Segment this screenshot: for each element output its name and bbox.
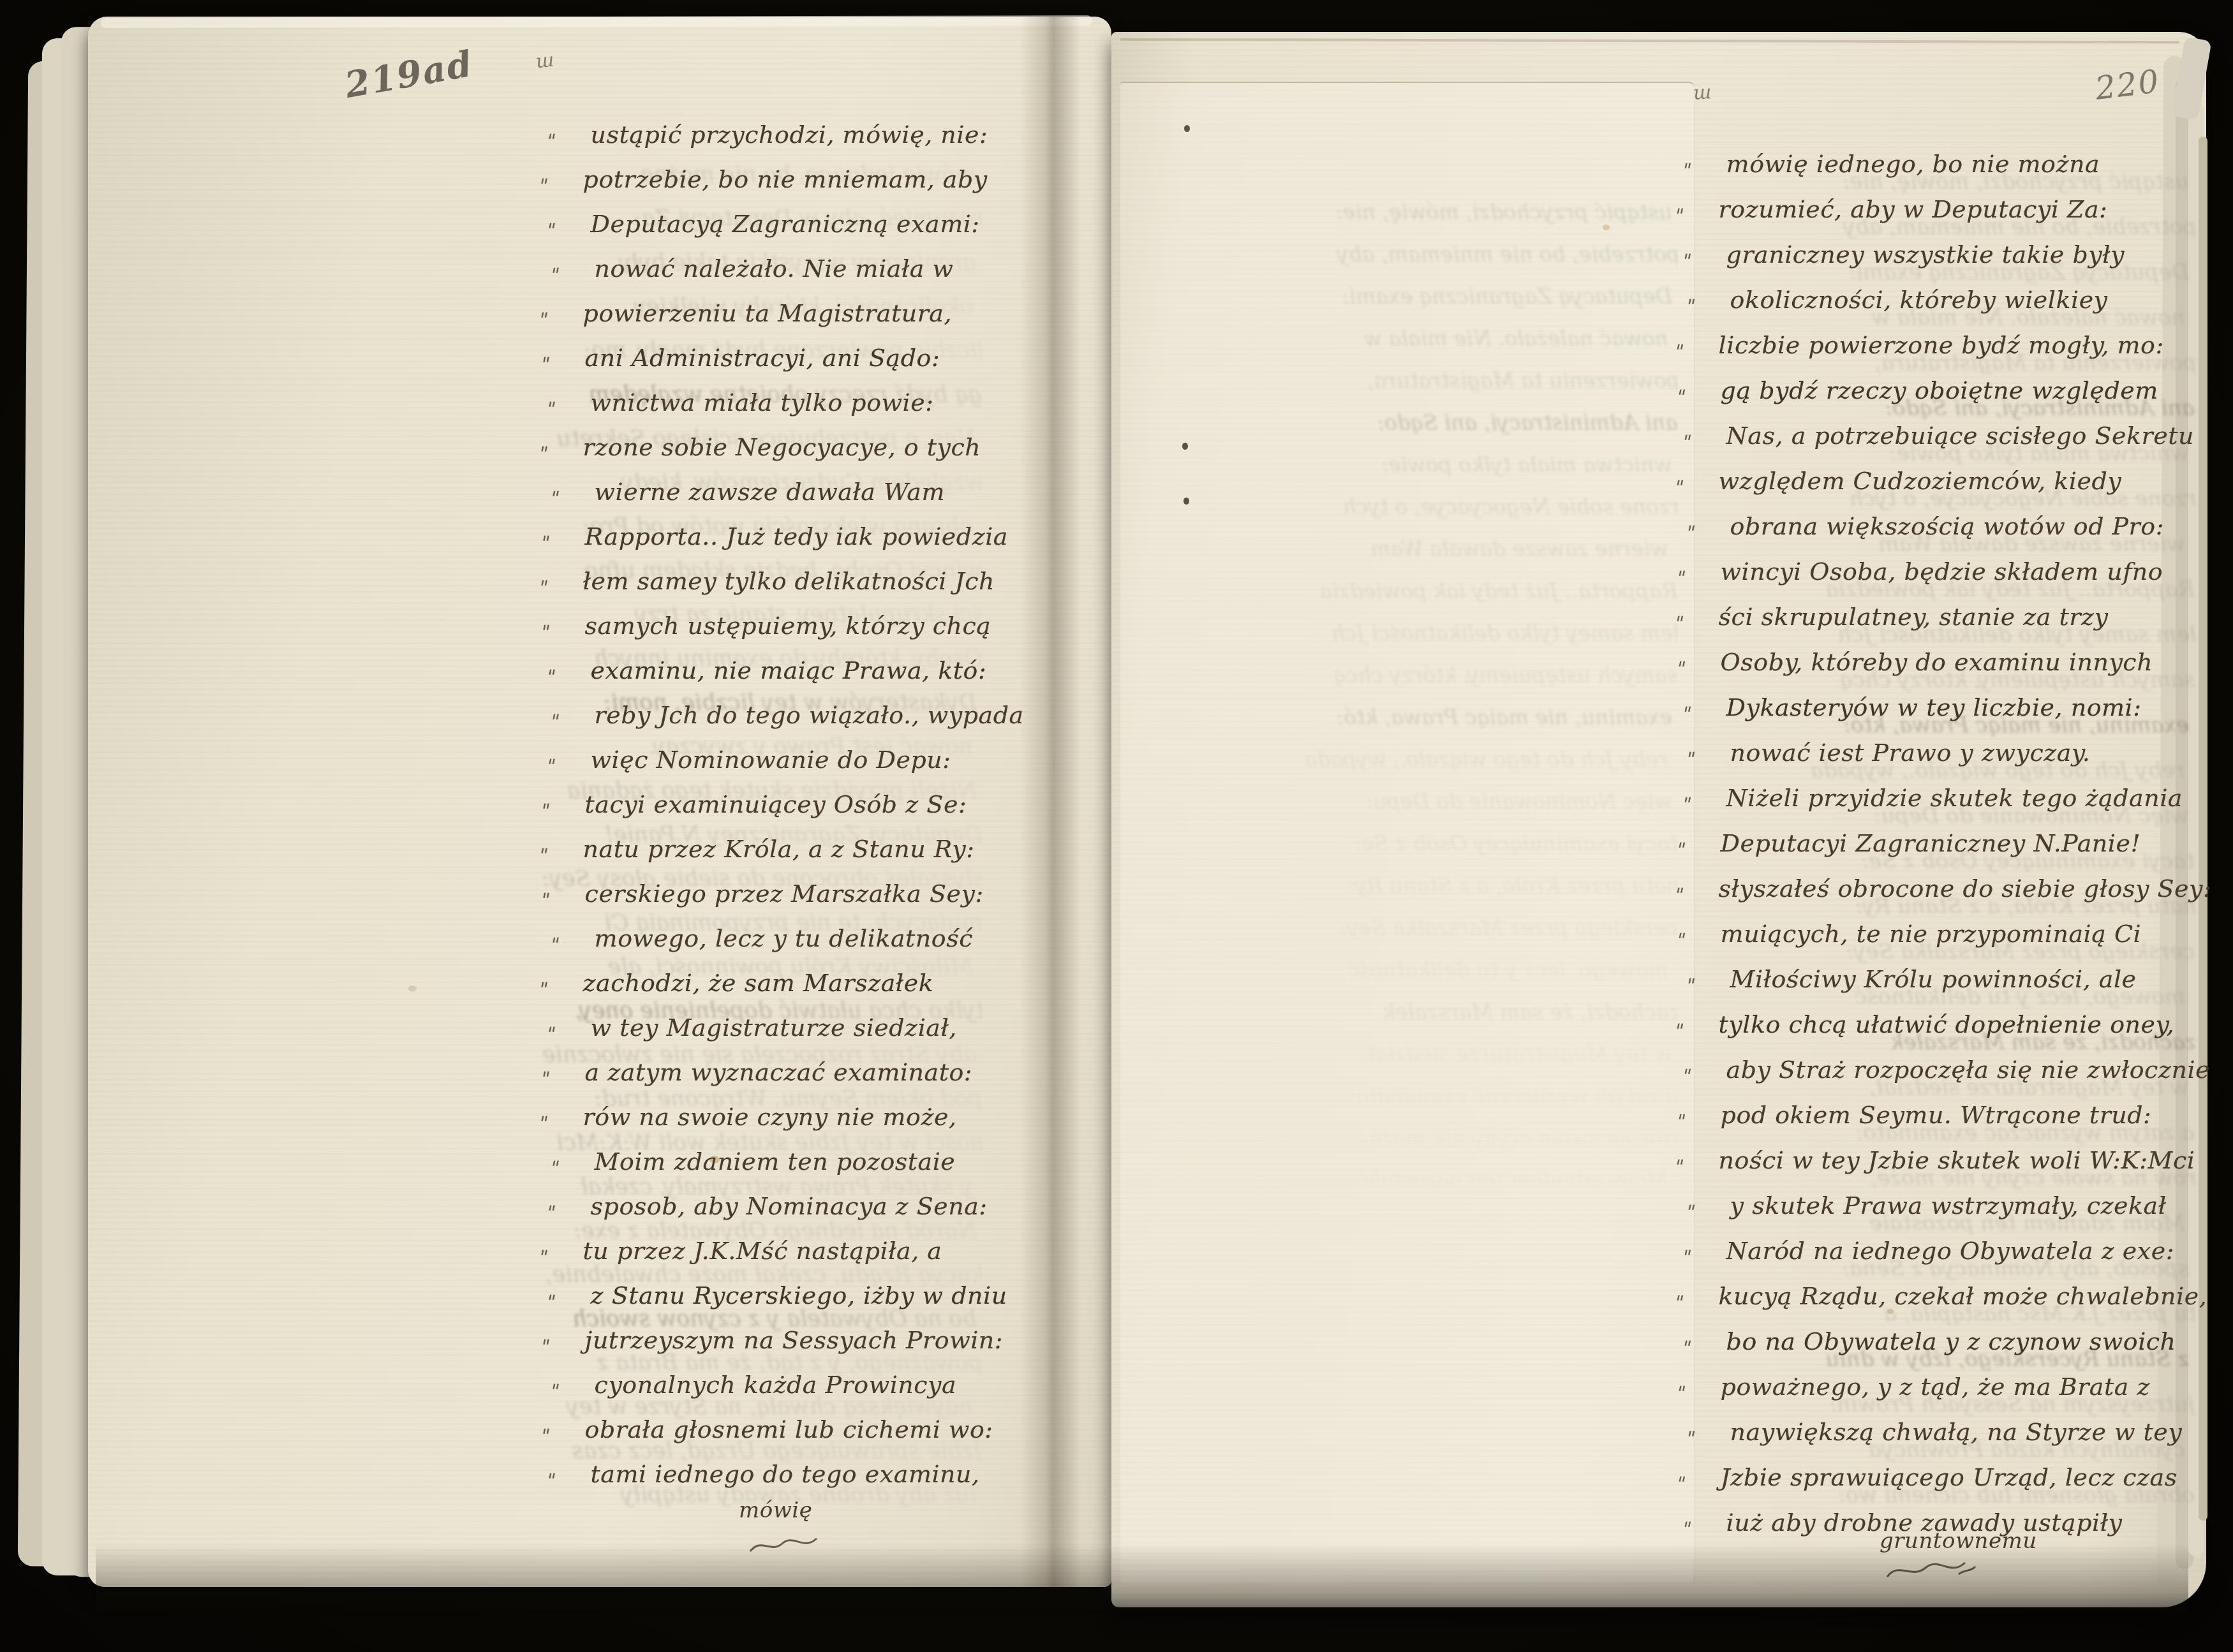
sewing-thread-dot: [1183, 498, 1189, 505]
manuscript-line: " obrana większością wotów od Pro:: [1686, 504, 2211, 549]
header-mark-right: ш: [1693, 81, 1712, 105]
line-text: reby Jch do tego wiązało., wypada: [595, 701, 1024, 729]
foxing-spot: [408, 985, 417, 992]
manuscript-line: " wnictwa miała tylko powie:: [547, 380, 1024, 425]
manuscript-line: " liczbie powierzone bydź mogły, mo:: [1675, 323, 2211, 368]
line-text: wierne zawsze dawała Wam: [595, 478, 945, 506]
manuscript-line: " pod okiem Seymu. Wtrącone trud:: [1677, 1093, 2211, 1138]
sewing-thread-dot: [1184, 125, 1190, 132]
manuscript-line: " natu przez Króla, a z Stanu Ry:: [539, 827, 1024, 871]
line-text: tu przez J.K.Mść nastąpiła, a: [583, 1237, 942, 1265]
line-text: nować należało. Nie miała w: [595, 254, 954, 283]
manuscript-line: " rzone sobie Negocyacye, o tych: [539, 425, 1024, 469]
line-text: gą bydź rzeczy oboiętne względem: [1721, 376, 2158, 404]
line-text: rów na swoie czyny nie może,: [583, 1103, 957, 1131]
manuscript-line: " Moim zdaniem ten pozostaie: [551, 1139, 1024, 1184]
line-text: tylko chcą ułatwić dopełnienie oney,: [1719, 1010, 2174, 1038]
sewing-thread-dot: [1182, 443, 1188, 450]
manuscript-line: " kucyą Rządu, czekał może chwalebnie,: [1675, 1274, 2211, 1319]
manuscript-line: " słyszałeś obrocone do siebie głosy Sey…: [1675, 866, 2211, 911]
line-text: wnictwa miała tylko powie:: [591, 388, 934, 417]
manuscript-line: " tylko chcą ułatwić dopełnienie oney,: [1675, 1002, 2211, 1047]
manuscript-line: " Jzbie sprawuiącego Urząd, lecz czas: [1677, 1455, 2211, 1500]
manuscript-line: " Deputacyi Zagraniczney N.Panie!: [1677, 821, 2211, 866]
manuscript-line: " wierne zawsze dawała Wam: [551, 469, 1024, 514]
line-text: tami iednego do tego examinu,: [591, 1460, 980, 1488]
line-text: Osoby, któreby do examinu innych: [1721, 648, 2153, 676]
manuscript-line: " rów na swoie czyny nie może,: [539, 1095, 1024, 1139]
line-text: Niżeli przyidzie skutek tego żądania: [1726, 784, 2183, 812]
manuscript-line: " cyonalnych każda Prowincya: [551, 1362, 1024, 1407]
manuscript-line: " Niżeli przyidzie skutek tego żądania: [1682, 776, 2211, 821]
line-text: obrana większością wotów od Pro:: [1730, 512, 2164, 540]
line-text: Dykasteryów w tey liczbie, nomi:: [1726, 693, 2142, 721]
manuscript-line: " z Stanu Rycerskiego, iżby w dniu: [547, 1273, 1024, 1318]
manuscript-line: " względem Cudzoziemców, kiedy: [1675, 459, 2211, 504]
line-text: Deputacyą Zagraniczną exami:: [591, 210, 980, 238]
line-text: examinu, nie maiąc Prawa, któ:: [591, 656, 987, 684]
manuscript-line: " cerskiego przez Marszałka Sey:: [541, 871, 1024, 916]
catchword-left: mówię: [739, 1498, 812, 1523]
manuscript-line: " naywiększą chwałą, na Styrze w tey: [1686, 1410, 2211, 1455]
manuscript-line: " nować należało. Nie miała w: [551, 246, 1024, 291]
manuscript-line: " a zatym wyznaczać examinato:: [541, 1050, 1024, 1095]
line-text: Moim zdaniem ten pozostaie: [595, 1147, 956, 1176]
line-text: Deputacyi Zagraniczney N.Panie!: [1721, 829, 2141, 857]
line-text: Naród na iednego Obywatela z exe:: [1726, 1237, 2174, 1265]
manuscript-line: " więc Nominowanie do Depu:: [547, 737, 1024, 782]
quote-mark: ": [542, 1458, 588, 1503]
gutter-crease: [1020, 17, 1081, 1587]
photo-shadow: [96, 1544, 2188, 1614]
manuscript-line: " okoliczności, któreby wielkiey: [1686, 277, 2211, 323]
line-text: Rapporta.. Już tedy iak powiedzia: [585, 522, 1008, 550]
line-text: względem Cudzoziemców, kiedy: [1719, 467, 2122, 495]
line-text: ści skrupulatney, stanie za trzy: [1719, 603, 2109, 631]
manuscript-line: " jutrzeyszym na Sessyach Prowin:: [541, 1318, 1024, 1362]
manuscript-line: " Miłościwy Królu powinności, ale: [1686, 957, 2211, 1002]
manuscript-line: " tami iednego do tego examinu,: [547, 1452, 1024, 1496]
line-text: y skutek Prawa wstrzymały, czekał: [1730, 1191, 2167, 1220]
line-text: natu przez Króla, a z Stanu Ry:: [583, 835, 975, 863]
line-text: słyszałeś obrocone do siebie głosy Sey:: [1719, 874, 2212, 903]
manuscript-line: " ani Administracyi, ani Sądo:: [541, 336, 1024, 380]
manuscript-line: " reby Jch do tego wiązało., wypada: [551, 693, 1024, 737]
line-text: potrzebie, bo nie mniemam, aby: [583, 165, 988, 193]
line-text: mowego, lecz y tu delikatność: [595, 924, 973, 952]
inserted-blank-sheet: [1120, 82, 1695, 1583]
line-text: muiących, te nie przypominaią Ci: [1721, 920, 2142, 948]
line-text: Jzbie sprawuiącego Urząd, lecz czas: [1721, 1463, 2177, 1491]
manuscript-line: " Deputacyą Zagraniczną exami:: [547, 202, 1024, 246]
line-text: ności w tey Jzbie skutek woli W:K:Mci: [1719, 1146, 2195, 1174]
manuscript-line: " examinu, nie maiąc Prawa, któ:: [547, 648, 1024, 693]
left-page-text: " ustąpić przychodzi, mówię, nie: " potr…: [541, 112, 1024, 1496]
line-text: nować iest Prawo y zwyczay.: [1730, 739, 2091, 767]
folio-number-pencil-right: 220: [2093, 63, 2162, 107]
line-text: a zatym wyznaczać examinato:: [585, 1058, 973, 1086]
manuscript-line: " sposob, aby Nominacya z Sena:: [547, 1184, 1024, 1228]
line-text: z Stanu Rycerskiego, iżby w dniu: [591, 1281, 1007, 1309]
line-text: obrała głosnemi lub cichemi wo:: [585, 1415, 993, 1443]
manuscript-photo: mówię iednego, bo nie możnarozumieć, aby…: [0, 0, 2233, 1652]
manuscript-line: " samych ustępuiemy, którzy chcą: [541, 603, 1024, 648]
line-text: wincyi Osoba, będzie składem ufno: [1721, 557, 2163, 586]
manuscript-line: " ści skrupulatney, stanie za trzy: [1675, 594, 2211, 640]
manuscript-line: " graniczney wszystkie takie były: [1682, 232, 2211, 277]
line-text: zachodzi, że sam Marszałek: [583, 969, 934, 997]
manuscript-line: " nować iest Prawo y zwyczay.: [1686, 730, 2211, 776]
manuscript-line: " Naród na iednego Obywatela z exe:: [1682, 1228, 2211, 1274]
manuscript-line: " Dykasteryów w tey liczbie, nomi:: [1682, 685, 2211, 730]
line-text: ustąpić przychodzi, mówię, nie:: [591, 121, 988, 149]
manuscript-line: " bo na Obywatela y z czynow swoich: [1682, 1319, 2211, 1364]
line-text: liczbie powierzone bydź mogły, mo:: [1719, 331, 2164, 359]
line-text: ani Administracyi, ani Sądo:: [585, 344, 940, 372]
line-text: rozumieć, aby w Deputacyi Za:: [1719, 195, 2108, 223]
line-text: łem samey tylko delikatności Jch: [583, 567, 995, 595]
line-text: poważnego, y z tąd, że ma Brata z: [1721, 1373, 2150, 1401]
manuscript-line: " Nas, a potrzebuiące scisłego Sekretu: [1682, 413, 2211, 459]
manuscript-line: " ustąpić przychodzi, mówię, nie:: [547, 112, 1024, 157]
manuscript-line: " ności w tey Jzbie skutek woli W:K:Mci: [1675, 1138, 2211, 1183]
manuscript-line: " obrała głosnemi lub cichemi wo:: [541, 1407, 1024, 1452]
line-text: tacyi examinuiącey Osób z Se:: [585, 790, 967, 818]
line-text: cyonalnych każda Prowincya: [595, 1371, 957, 1399]
manuscript-line: " łem samey tylko delikatności Jch: [539, 559, 1024, 603]
line-text: kucyą Rządu, czekał może chwalebnie,: [1719, 1282, 2207, 1310]
manuscript-line: " powierzeniu ta Magistratura,: [539, 291, 1024, 336]
line-text: mówię iednego, bo nie można: [1726, 150, 2100, 178]
manuscript-line: " wincyi Osoba, będzie składem ufno: [1677, 549, 2211, 594]
foxing-spot: [1603, 225, 1610, 230]
line-text: graniczney wszystkie takie były: [1726, 240, 2125, 269]
manuscript-line: " aby Straż rozpoczęła się nie zwłocznie: [1682, 1047, 2211, 1093]
line-text: bo na Obywatela y z czynow swoich: [1726, 1327, 2176, 1355]
line-text: naywiększą chwałą, na Styrze w tey: [1730, 1418, 2183, 1446]
line-text: rzone sobie Negocyacye, o tych: [583, 433, 981, 461]
manuscript-line: " mowego, lecz y tu delikatność: [551, 916, 1024, 961]
header-mark-left: ш: [535, 49, 555, 73]
line-text: więc Nominowanie do Depu:: [591, 746, 951, 774]
line-text: Nas, a potrzebuiące scisłego Sekretu: [1726, 422, 2194, 450]
line-text: powierzeniu ta Magistratura,: [583, 299, 953, 327]
manuscript-line: " poważnego, y z tąd, że ma Brata z: [1677, 1364, 2211, 1410]
manuscript-line: " w tey Magistraturze siedział,: [547, 1005, 1024, 1050]
line-text: sposob, aby Nominacya z Sena:: [591, 1192, 988, 1220]
line-text: okoliczności, któreby wielkiey: [1730, 286, 2108, 314]
manuscript-line: " Rapporta.. Już tedy iak powiedzia: [541, 514, 1024, 559]
manuscript-line: " y skutek Prawa wstrzymały, czekał: [1686, 1183, 2211, 1228]
line-text: pod okiem Seymu. Wtrącone trud:: [1721, 1101, 2152, 1129]
line-text: jutrzeyszym na Sessyach Prowin:: [585, 1326, 1004, 1354]
manuscript-line: " rozumieć, aby w Deputacyi Za:: [1675, 187, 2211, 232]
right-page-text: " mówię iednego, bo nie można " rozumieć…: [1677, 142, 2211, 1545]
manuscript-line: " potrzebie, bo nie mniemam, aby: [539, 157, 1024, 202]
manuscript-line: " zachodzi, że sam Marszałek: [539, 961, 1024, 1005]
line-text: aby Straż rozpoczęła się nie zwłocznie: [1726, 1056, 2210, 1084]
line-text: samych ustępuiemy, którzy chcą: [585, 612, 991, 640]
manuscript-line: " gą bydź rzeczy oboiętne względem: [1677, 368, 2211, 413]
line-text: w tey Magistraturze siedział,: [591, 1014, 957, 1042]
manuscript-line: " tacyi examinuiącey Osób z Se:: [541, 782, 1024, 827]
line-text: cerskiego przez Marszałka Sey:: [585, 880, 984, 908]
manuscript-line: " mówię iednego, bo nie można: [1682, 142, 2211, 187]
line-text: Miłościwy Królu powinności, ale: [1730, 965, 2137, 993]
manuscript-line: " tu przez J.K.Mść nastąpiła, a: [539, 1228, 1024, 1273]
manuscript-line: " muiących, te nie przypominaią Ci: [1677, 911, 2211, 957]
manuscript-line: " Osoby, któreby do examinu innych: [1677, 640, 2211, 685]
